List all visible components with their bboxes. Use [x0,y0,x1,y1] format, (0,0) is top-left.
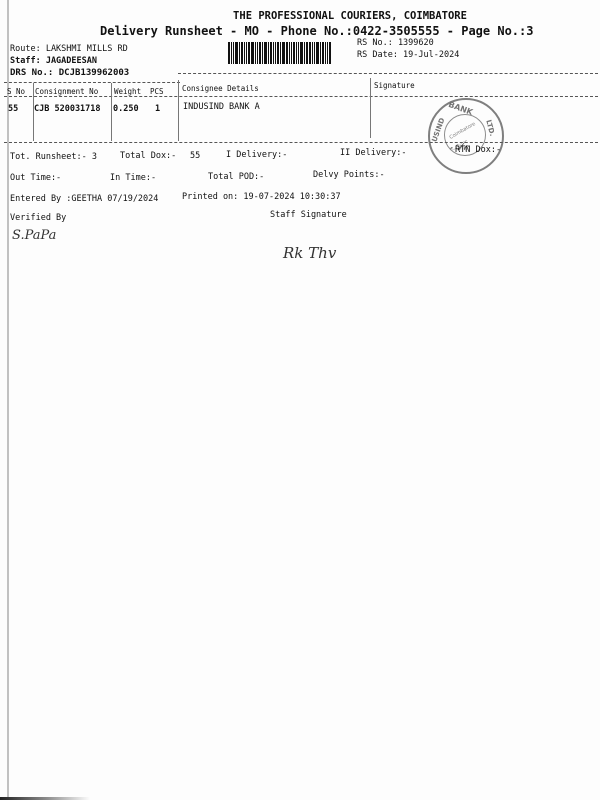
table-top-border-right [178,73,598,74]
rs-number: RS No.: 1399620 [357,38,434,48]
i-delivery: I Delivery:- [226,150,287,160]
verified-by-label: Verified By [10,213,66,223]
total-dox-label: Total Dox:- [120,151,176,161]
staff-signature-mark: Rk Thv [283,244,336,262]
column-header-consignee: Consignee Details [182,84,259,93]
total-dox-value: 55 [190,151,200,161]
staff-signature-label: Staff Signature [270,210,347,220]
cell-consignment-no: CJB 520031718 [34,104,101,114]
rs-date: RS Date: 19-Jul-2024 [357,50,459,60]
ii-delivery: II Delivery:- [340,148,407,158]
column-header-signature: Signature [374,81,415,90]
verified-signature: S.PaPa [12,228,56,243]
barcode-icon [228,42,352,64]
company-title: THE PROFESSIONAL COURIERS, COIMBATORE [0,10,600,22]
runsheet-subtitle: Delivery Runsheet - MO - Phone No.:0422-… [100,24,533,38]
route-label: Route: LAKSHMI MILLS RD [10,44,128,54]
total-runsheet: Tot. Runsheet:- 3 [10,152,97,162]
table-header-divider [4,96,598,97]
column-header-weight: Weight [114,87,141,96]
cell-sno: 55 [8,104,18,114]
drs-number: DRS No.: DCJB139962003 [10,68,129,78]
staff-label: Staff: JAGADEESAN [10,56,97,66]
column-divider [178,80,179,141]
rtn-dox: RTN Dox:- [455,145,501,155]
delivery-points: Delvy Points:- [313,170,385,180]
table-bottom-border [4,142,598,143]
printed-on: Printed on: 19-07-2024 10:30:37 [182,192,341,202]
cell-weight: 0.250 [113,104,139,114]
stamp-ring-text-right: LTD. [484,119,496,137]
in-time: In Time:- [110,173,156,183]
bank-stamp-icon: BANK USIND LTD. Coimbatore 𝒜𝒸 [428,98,504,174]
column-header-sno: S No [7,87,25,96]
column-header-consignment: Consignment No [35,87,98,96]
scan-border [7,0,9,800]
out-time: Out Time:- [10,173,61,183]
column-divider [370,78,371,138]
cell-pcs: 1 [155,104,160,114]
total-pod: Total POD:- [208,172,264,182]
cell-consignee: INDUSIND BANK A [183,102,260,112]
table-top-border-left [4,82,180,83]
entered-by: Entered By :GEETHA 07/19/2024 [10,194,158,204]
column-divider [111,83,112,141]
column-header-pcs: PCS [150,87,164,96]
